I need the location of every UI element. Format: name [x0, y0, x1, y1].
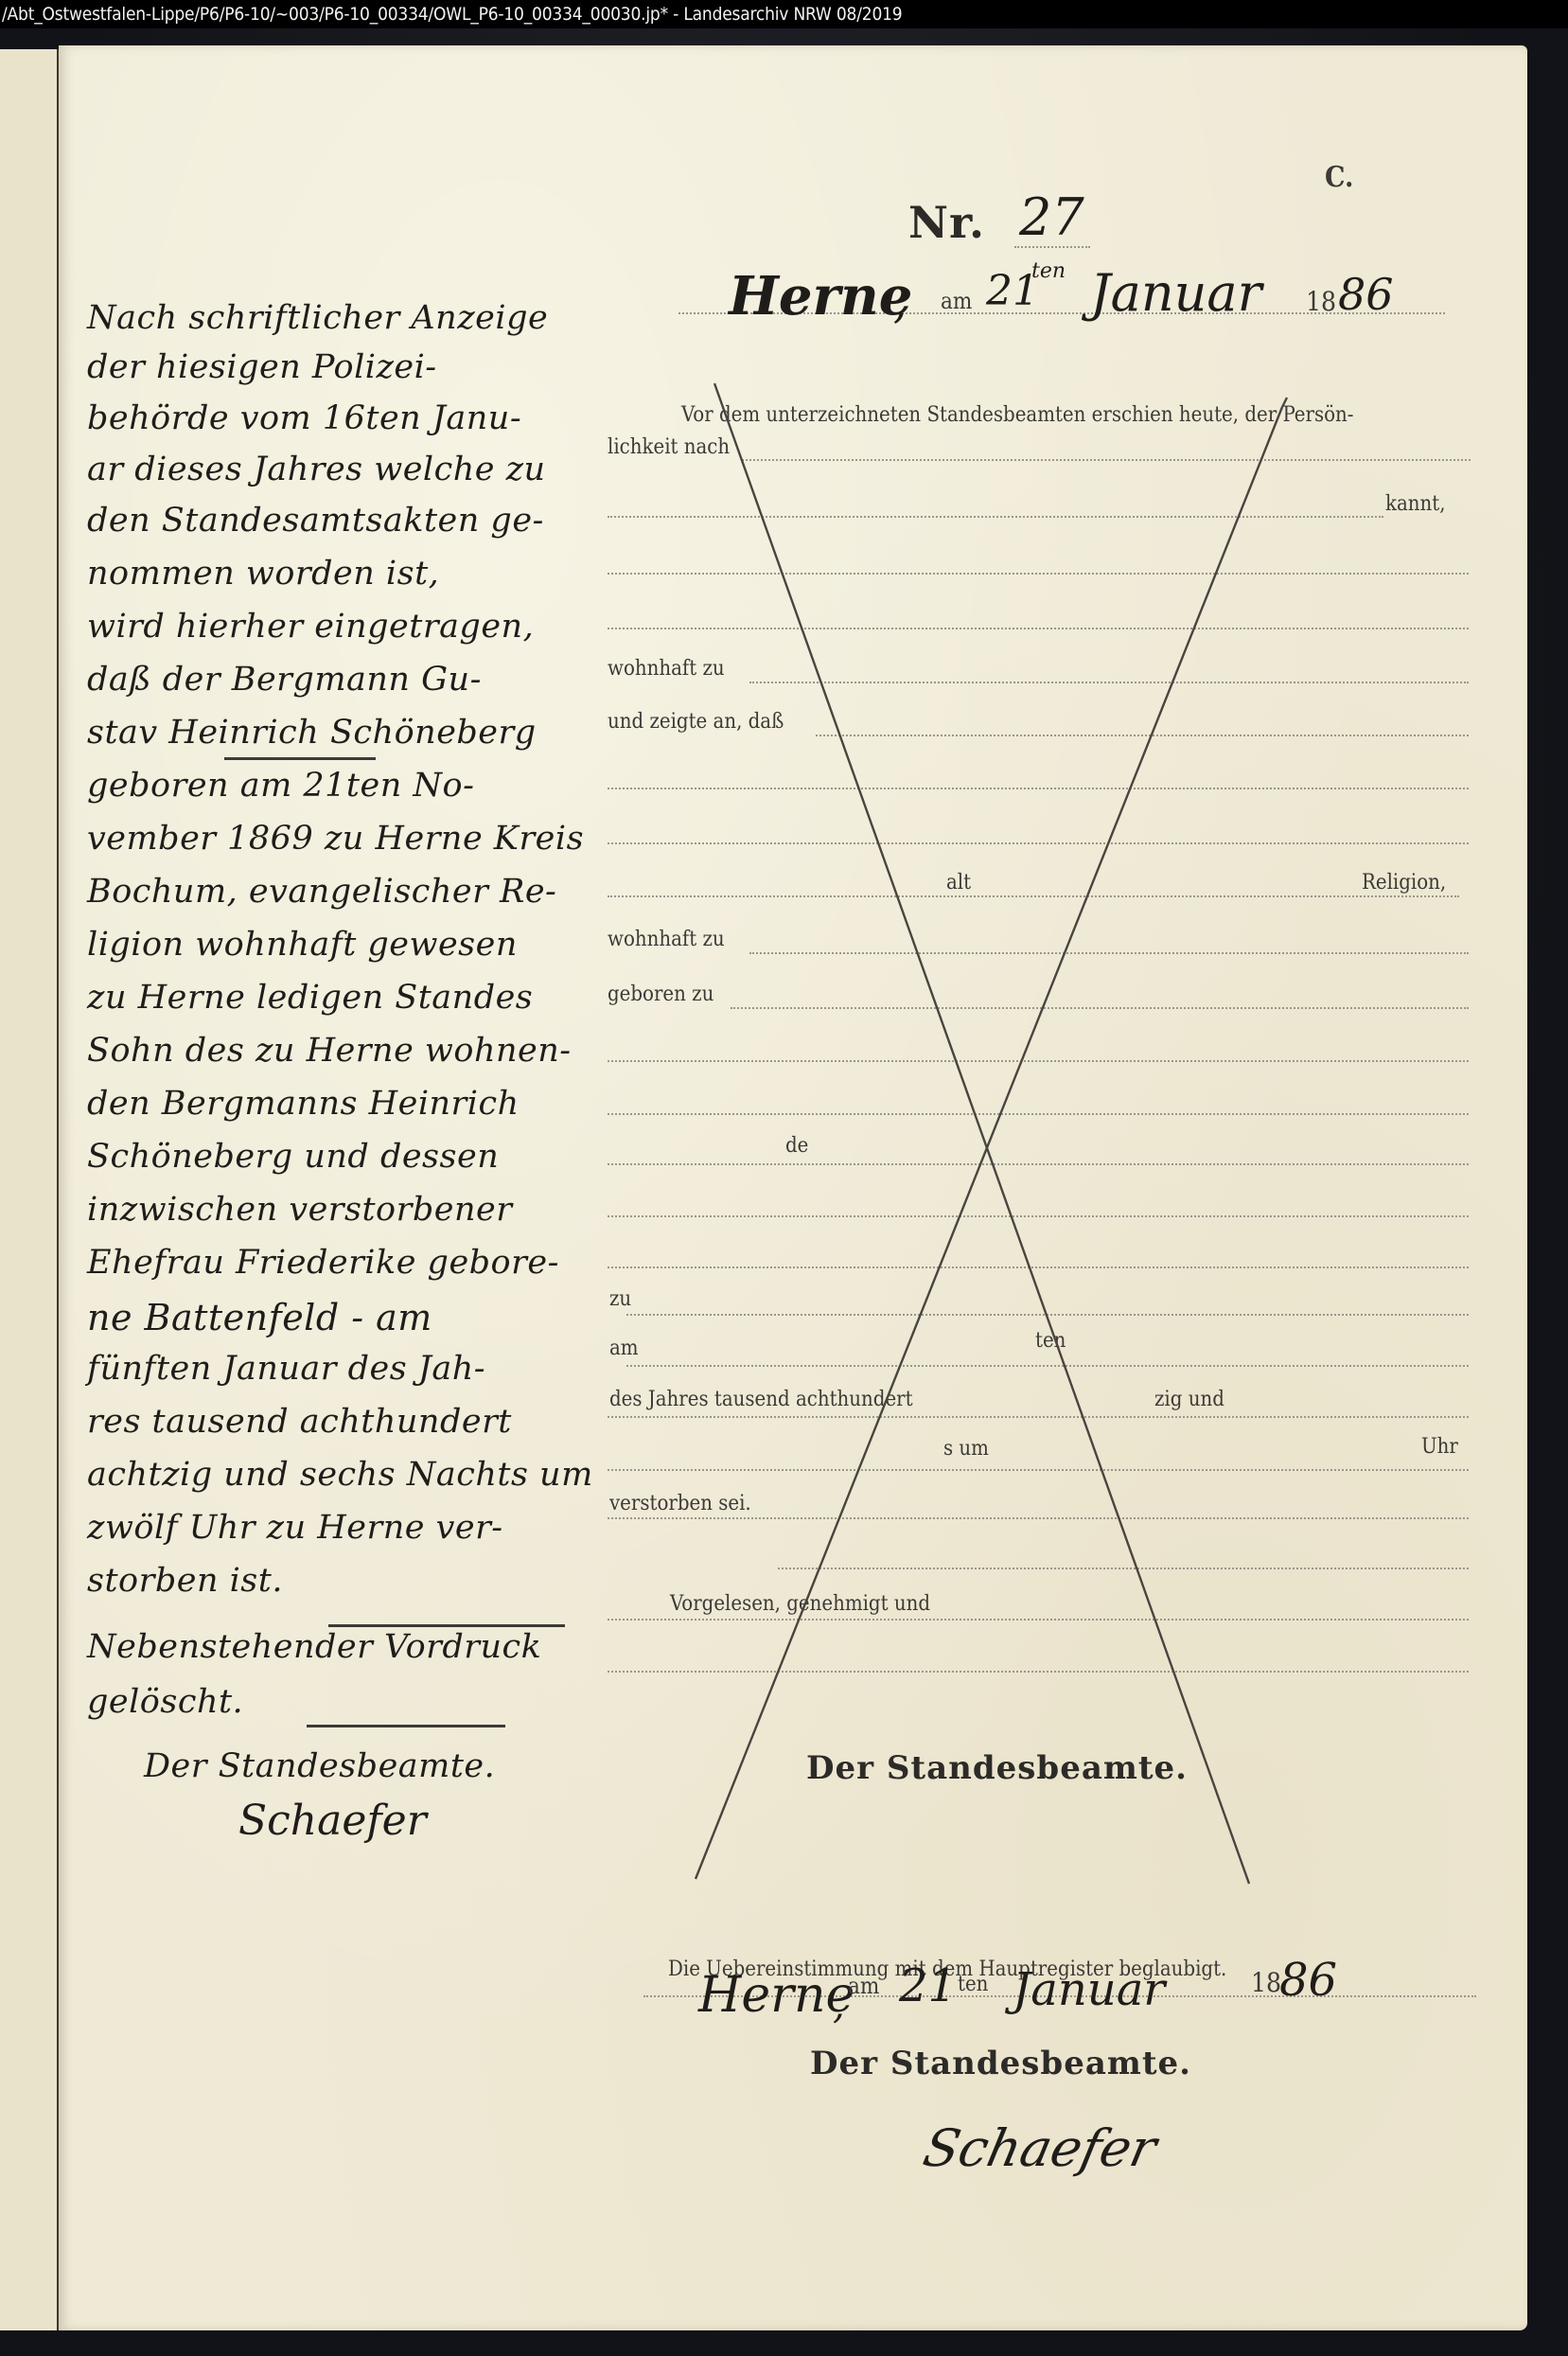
marginal-line-6: nommen worden ist, — [87, 555, 439, 593]
cert-day: 21 — [899, 1959, 957, 2012]
marginal-line-11: vember 1869 zu Herne Kreis — [87, 820, 584, 858]
marginal-line-25: storben ist. — [87, 1562, 283, 1600]
marginal-line-21: fünften Januar des Jah- — [87, 1350, 485, 1388]
marginal-line-5: den Standesamtsakten ge- — [87, 502, 544, 540]
marginal-line-9: stav Heinrich Schöneberg — [87, 714, 537, 752]
cert-year-suffix: 86 — [1279, 1954, 1337, 2007]
deletion-note-line-1: Nebenstehender Vordruck — [87, 1628, 541, 1666]
marginal-line-3: behörde vom 16ten Janu- — [87, 399, 521, 437]
marginal-line-23: achtzig und sechs Nachts um — [87, 1456, 593, 1494]
deletion-note-line-2: gelöscht. — [87, 1683, 243, 1721]
name-underline — [224, 757, 376, 760]
marginal-line-18: inzwischen verstorbener — [87, 1191, 512, 1229]
marginal-line-20: ne Battenfeld - am — [87, 1297, 432, 1338]
closing-rule-1 — [328, 1624, 565, 1627]
marginal-line-12: Bochum, evangelischer Re- — [87, 873, 556, 911]
window-title-bar: /Abt_Ostwestfalen-Lippe/P6/P6-10/~003/P6… — [0, 0, 1568, 28]
window-title: /Abt_Ostwestfalen-Lippe/P6/P6-10/~003/P6… — [2, 4, 902, 25]
marginal-line-16: den Bergmanns Heinrich — [87, 1085, 520, 1123]
marginal-line-10: geboren am 21ten No- — [87, 767, 474, 805]
marginal-line-19: Ehefrau Friederike gebore- — [87, 1244, 559, 1282]
cert-signature: Schaefer — [918, 2118, 1161, 2178]
marginal-line-24: zwölf Uhr zu Herne ver- — [87, 1509, 503, 1547]
register-page: C. Nr. 27 Herne , am 21 ten Januar 18 86… — [59, 45, 1527, 2330]
marginal-line-22: res tausend achthundert — [87, 1403, 512, 1441]
marginal-signature: Schaefer — [238, 1797, 427, 1845]
marginal-line-2: der hiesigen Polizei- — [87, 348, 437, 386]
cert-year-prefix: 18 — [1251, 1967, 1281, 1998]
marginal-line-7: wird hierher eingetragen, — [87, 608, 534, 646]
marginal-line-17: Schöneberg und dessen — [87, 1138, 499, 1176]
marginal-line-14: zu Herne ledigen Standes — [87, 979, 533, 1017]
marginal-line-1: Nach schriftlicher Anzeige — [87, 299, 548, 337]
marginal-signatory-title: Der Standesbeamte. — [144, 1747, 495, 1785]
previous-page-edge — [0, 49, 59, 2330]
cert-am-label: am — [848, 1973, 879, 1999]
cert-place-comma: , — [833, 1984, 845, 2028]
marginal-line-8: daß der Bergmann Gu- — [87, 661, 482, 699]
closing-rule-2 — [307, 1725, 505, 1727]
cert-place: Herne — [698, 1967, 854, 2024]
cert-day-suffix: ten — [958, 1973, 988, 1996]
marginal-line-15: Sohn des zu Herne wohnen- — [87, 1032, 572, 1070]
cert-month: Januar — [1013, 1963, 1165, 2016]
marginal-line-4: ar dieses Jahres welche zu — [87, 451, 546, 488]
cert-signatory-title: Der Standesbeamte. — [810, 2045, 1191, 2082]
marginal-line-13: ligion wohnhaft gewesen — [87, 926, 518, 964]
